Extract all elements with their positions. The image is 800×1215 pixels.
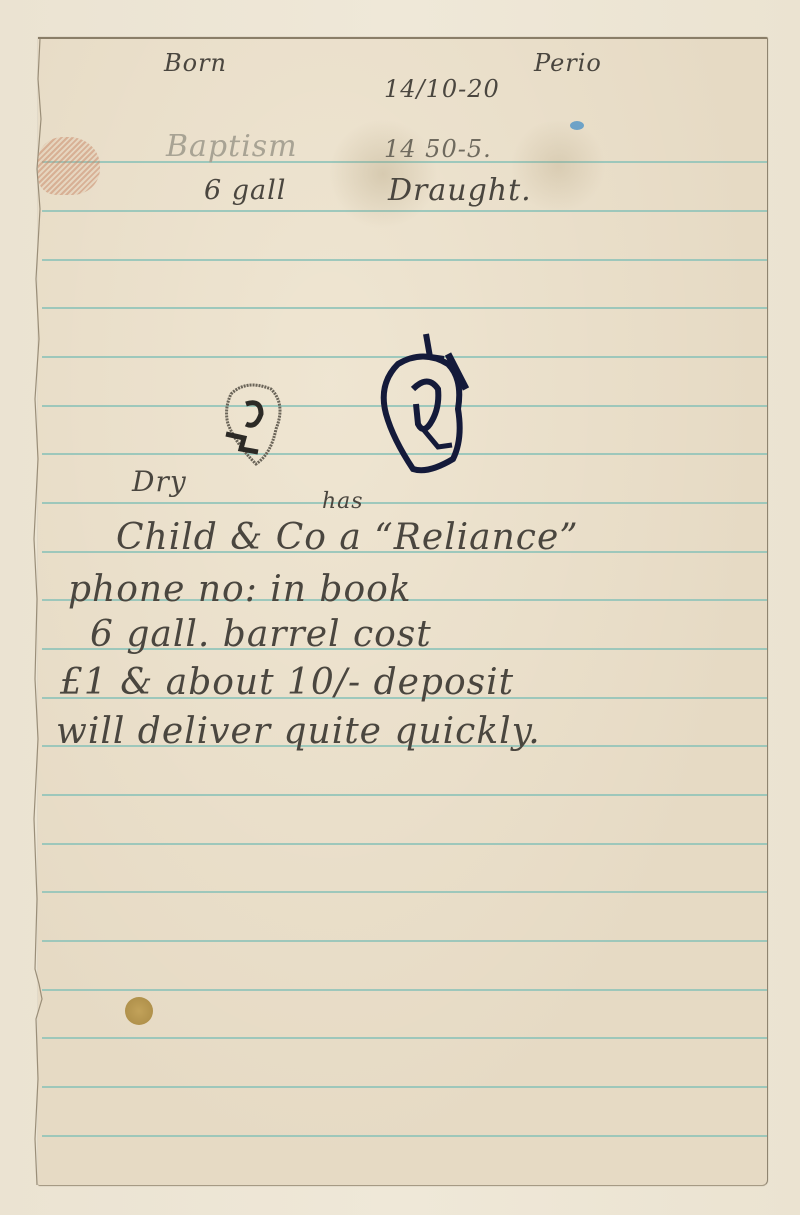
six-gall-label: 6 gall — [204, 175, 286, 206]
born-date: 14/10-20 — [384, 75, 500, 103]
rule-line — [42, 794, 767, 796]
rule-line — [42, 989, 767, 991]
rule-line — [42, 1086, 767, 1088]
body-line-2: phone no: in book — [68, 569, 412, 610]
notepaper-page: Born 14/10-20 Perio Baptism 14 50-5. 6 g… — [38, 37, 768, 1186]
baptism-label: Baptism — [166, 129, 298, 164]
rule-line — [42, 259, 767, 261]
rule-line — [42, 891, 767, 893]
rule-line — [42, 1135, 767, 1137]
dry-annotation: Dry — [132, 465, 187, 498]
baptism-date: 14 50-5. — [384, 135, 492, 163]
rule-line — [42, 1037, 767, 1039]
blue-ink-blot — [570, 121, 584, 130]
body-line-4: £1 & about 10/- deposit — [60, 662, 514, 703]
perio-note: Perio — [534, 49, 602, 77]
small-pencil-sketch-icon — [216, 374, 296, 474]
has-insertion: has — [322, 489, 364, 514]
body-line-1: Child & Co a “Reliance” — [116, 517, 579, 558]
rule-line — [42, 843, 767, 845]
ink-sketch-icon — [368, 329, 478, 479]
reddish-stain — [38, 137, 100, 195]
rule-line — [42, 940, 767, 942]
born-label: Born — [164, 49, 227, 77]
body-line-3: 6 gall. barrel cost — [90, 614, 432, 655]
rule-line — [42, 307, 767, 309]
draught-label: Draught. — [388, 173, 532, 208]
rule-line — [42, 502, 767, 504]
body-line-5: will deliver quite quickly. — [56, 711, 541, 752]
gold-stain — [125, 997, 153, 1025]
